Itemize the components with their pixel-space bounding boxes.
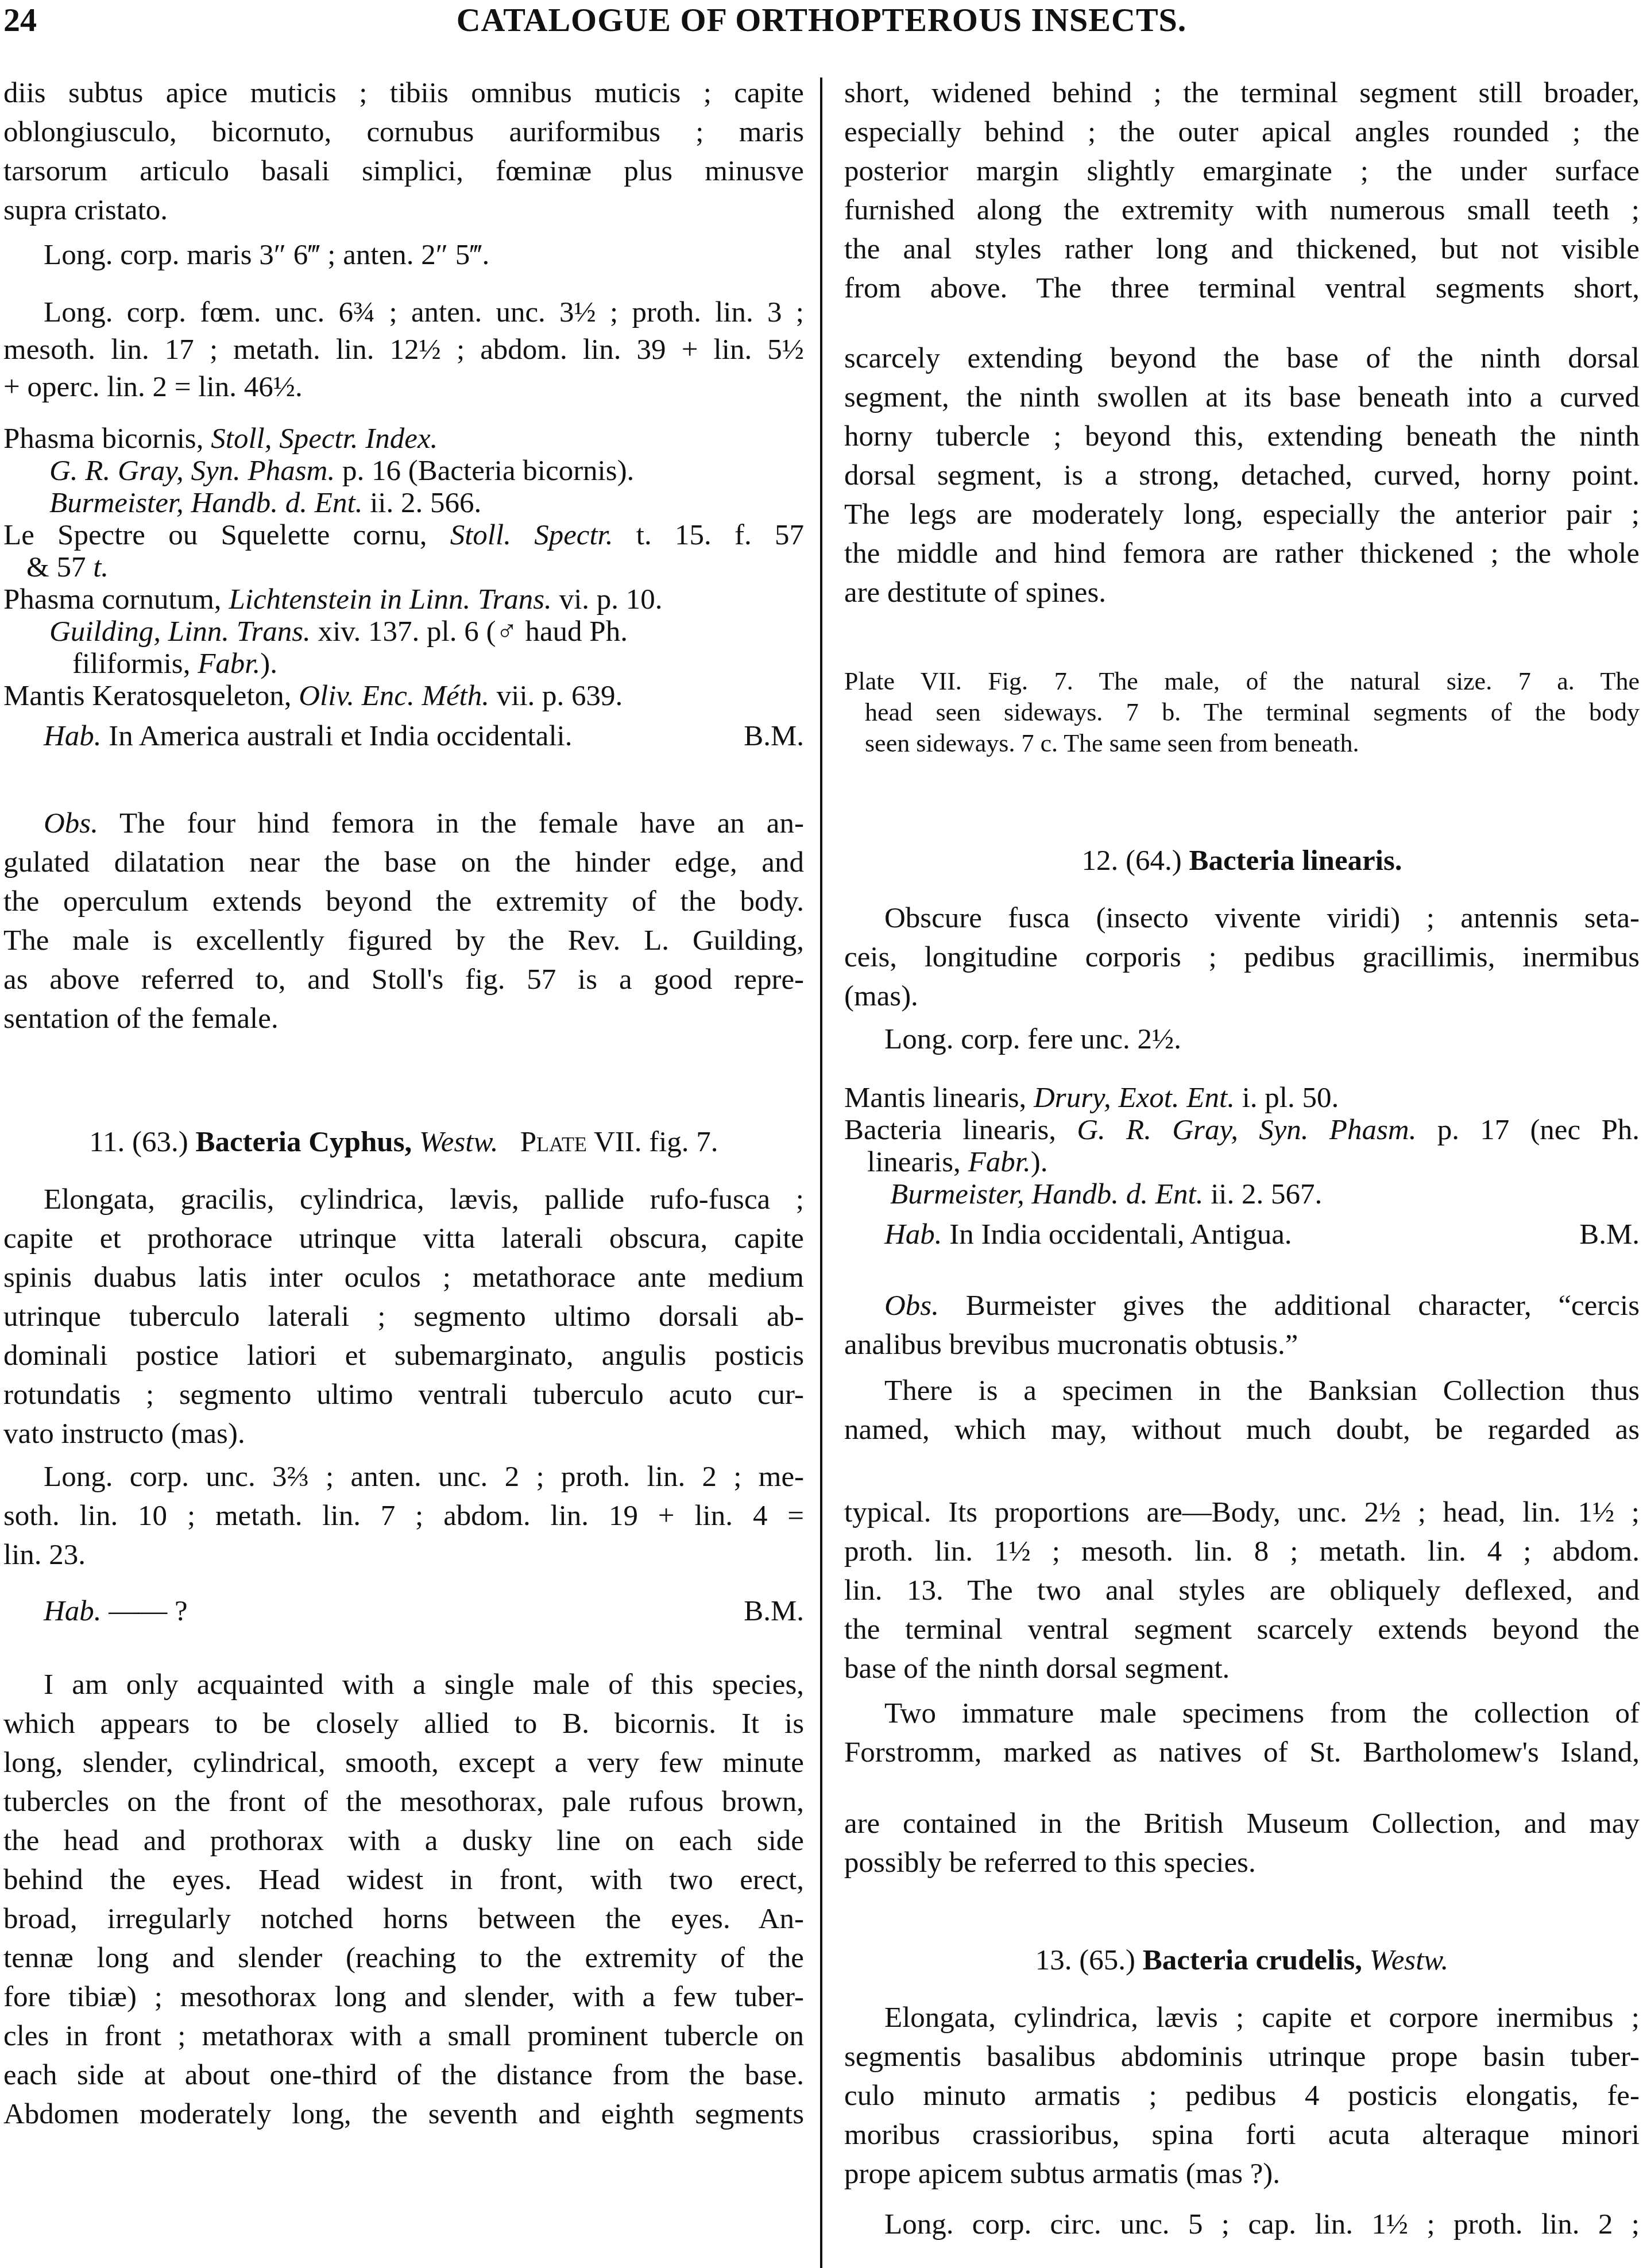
measurement-line: Long. corp. circ. unc. 5 ; cap. lin. 1½ … bbox=[844, 2205, 1640, 2244]
species-heading: 12. (64.) Bacteria linearis. bbox=[844, 841, 1640, 880]
diagnosis-line: segmentis basalibus abdominis utrinque p… bbox=[844, 2037, 1640, 2076]
text-line: horny tubercle ; beyond this, extending … bbox=[844, 417, 1640, 456]
description-line: the head and prothorax with a dusky line… bbox=[3, 1821, 804, 1860]
description-line: each side at about one-third of the dist… bbox=[3, 2056, 804, 2095]
note-line: Forstromm, marked as natives of St. Bart… bbox=[844, 1733, 1640, 1772]
note-line: There is a specimen in the Banksian Coll… bbox=[844, 1371, 1640, 1410]
text-line: the anal styles rather long and thickene… bbox=[844, 230, 1640, 269]
running-title: CATALOGUE OF ORTHOPTEROUS INSECTS. bbox=[0, 3, 1643, 37]
species-heading: 13. (65.) Bacteria crudelis, Westw. bbox=[844, 1941, 1640, 1980]
habitat-line: Hab. —— ? B.M. bbox=[3, 1592, 804, 1631]
diagnosis-line: culo minuto armatis ; pedibus 4 posticis… bbox=[844, 2076, 1640, 2115]
measurement-line: lin. 23. bbox=[3, 1535, 804, 1574]
obs-line: sentation of the female. bbox=[3, 999, 804, 1038]
description-line: I am only acquainted with a single male … bbox=[3, 1665, 804, 1704]
diagnosis-line: Elongata, gracilis, cylindrica, lævis, p… bbox=[3, 1180, 804, 1219]
column-divider bbox=[820, 78, 822, 2268]
note-line: Two immature male specimens from the col… bbox=[844, 1694, 1640, 1733]
obs-line: Obs. The four hind femora in the female … bbox=[3, 804, 804, 843]
collection-code: B.M. bbox=[1579, 1215, 1640, 1254]
plate-caption: head seen sideways. 7 b. The terminal se… bbox=[844, 696, 1640, 729]
description-line: behind the eyes. Head widest in front, w… bbox=[3, 1860, 804, 1899]
measurement-line: + operc. lin. 2 = lin. 46½. bbox=[3, 367, 804, 407]
diagnosis-line: prope apicem subtus armatis (mas ?). bbox=[844, 2154, 1640, 2193]
measurement-line: Long. corp. fœm. unc. 6¾ ; anten. unc. 3… bbox=[3, 293, 804, 332]
obs-line: the operculum extends beyond the extremi… bbox=[3, 882, 804, 921]
note-line: the terminal ventral segment scarcely ex… bbox=[844, 1610, 1640, 1649]
text-line: especially behind ; the outer apical ang… bbox=[844, 113, 1640, 152]
description-line: cles in front ; metathorax with a small … bbox=[3, 2017, 804, 2056]
text-line: oblongiusculo, bicornuto, cornubus aurif… bbox=[3, 113, 804, 152]
text-line: short, widened behind ; the terminal seg… bbox=[844, 73, 1640, 113]
text-line: segment, the ninth swollen at its base b… bbox=[844, 378, 1640, 417]
habitat-line: Hab. In India occidentali, Antigua. B.M. bbox=[844, 1215, 1640, 1254]
plate-caption: Plate VII. Fig. 7. The male, of the natu… bbox=[844, 665, 1640, 698]
description-line: tubercles on the front of the mesothorax… bbox=[3, 1782, 804, 1821]
diagnosis-line: moribus crassioribus, spina forti acuta … bbox=[844, 2115, 1640, 2154]
measurement-line: Long. corp. fere unc. 2½. bbox=[844, 1020, 1640, 1059]
description-line: long, slender, cylindrical, smooth, exce… bbox=[3, 1743, 804, 1782]
diagnosis-line: dominali postice latiori et subemarginat… bbox=[3, 1336, 804, 1375]
text-line: tarsorum articulo basali simplici, fœmin… bbox=[3, 152, 804, 191]
text-line: furnished along the extremity with numer… bbox=[844, 191, 1640, 230]
habitat-line: Hab. In America australi et India occide… bbox=[3, 717, 804, 756]
obs-line: analibus brevibus mucronatis obtusis.” bbox=[844, 1325, 1640, 1364]
text-line: posterior margin slightly emarginate ; t… bbox=[844, 152, 1640, 191]
description-line: broad, irregularly notched horns between… bbox=[3, 1899, 804, 1938]
note-line: lin. 13. The two anal styles are oblique… bbox=[844, 1571, 1640, 1610]
collection-code: B.M. bbox=[744, 717, 804, 756]
text-line: from above. The three terminal ventral s… bbox=[844, 269, 1640, 308]
diagnosis-line: Obscure fusca (insecto vivente viridi) ;… bbox=[844, 899, 1640, 938]
obs-line: gulated dilatation near the base on the … bbox=[3, 843, 804, 882]
note-line: named, which may, without much doubt, be… bbox=[844, 1410, 1640, 1449]
measurement-line: Long. corp. unc. 3⅔ ; anten. unc. 2 ; pr… bbox=[3, 1457, 804, 1496]
text-line: diis subtus apice muticis ; tibiis omnib… bbox=[3, 73, 804, 113]
note-line: base of the ninth dorsal segment. bbox=[844, 1649, 1640, 1688]
diagnosis-line: vato instructo (mas). bbox=[3, 1414, 804, 1453]
note-line: are contained in the British Museum Coll… bbox=[844, 1804, 1640, 1843]
description-line: tennæ long and slender (reaching to the … bbox=[3, 1938, 804, 1977]
diagnosis-line: spinis duabus latis inter oculos ; metat… bbox=[3, 1258, 804, 1297]
text-line: the middle and hind femora are rather th… bbox=[844, 534, 1640, 573]
diagnosis-line: (mas). bbox=[844, 977, 1640, 1016]
collection-code: B.M. bbox=[744, 1592, 804, 1631]
text-line: dorsal segment, is a strong, detached, c… bbox=[844, 456, 1640, 495]
diagnosis-line: Elongata, cylindrica, lævis ; capite et … bbox=[844, 1998, 1640, 2037]
description-line: which appears to be closely allied to B.… bbox=[3, 1704, 804, 1743]
text-line: The legs are moderately long, especially… bbox=[844, 495, 1640, 534]
text-line: scarcely extending beyond the base of th… bbox=[844, 339, 1640, 378]
text-line: are destitute of spines. bbox=[844, 573, 1640, 612]
description-line: Abdomen moderately long, the seventh and… bbox=[3, 2095, 804, 2134]
obs-line: Obs. Burmeister gives the additional cha… bbox=[844, 1286, 1640, 1325]
diagnosis-line: rotundatis ; segmento ultimo ventrali tu… bbox=[3, 1375, 804, 1414]
diagnosis-line: ceis, longitudine corporis ; pedibus gra… bbox=[844, 938, 1640, 977]
note-line: typical. Its proportions are—Body, unc. … bbox=[844, 1493, 1640, 1532]
synonym-entry: Mantis Keratosqueleton, Oliv. Enc. Méth.… bbox=[3, 676, 804, 715]
measurement-line: soth. lin. 10 ; metath. lin. 7 ; abdom. … bbox=[3, 1496, 804, 1535]
obs-line: The male is excellently figured by the R… bbox=[3, 921, 804, 960]
synonym-entry: Burmeister, Handb. d. Ent. ii. 2. 567. bbox=[844, 1175, 1640, 1214]
diagnosis-line: capite et prothorace utrinque vitta late… bbox=[3, 1219, 804, 1258]
diagnosis-line: utrinque tuberculo laterali ; segmento u… bbox=[3, 1297, 804, 1336]
note-line: proth. lin. 1½ ; mesoth. lin. 8 ; metath… bbox=[844, 1532, 1640, 1571]
note-line: possibly be referred to this species. bbox=[844, 1843, 1640, 1882]
text-line: supra cristato. bbox=[3, 191, 804, 230]
plate-caption: seen sideways. 7 c. The same seen from b… bbox=[844, 727, 1640, 760]
species-heading: 11. (63.) Bacteria Cyphus, Westw. Plate … bbox=[3, 1123, 804, 1162]
measurement-line: mesoth. lin. 17 ; metath. lin. 12½ ; abd… bbox=[3, 330, 804, 369]
description-line: fore tibiæ) ; mesothorax long and slende… bbox=[3, 1977, 804, 2017]
obs-line: as above referred to, and Stoll's fig. 5… bbox=[3, 960, 804, 999]
measurement-line: Long. corp. maris 3″ 6‴ ; anten. 2″ 5‴. bbox=[3, 235, 804, 274]
